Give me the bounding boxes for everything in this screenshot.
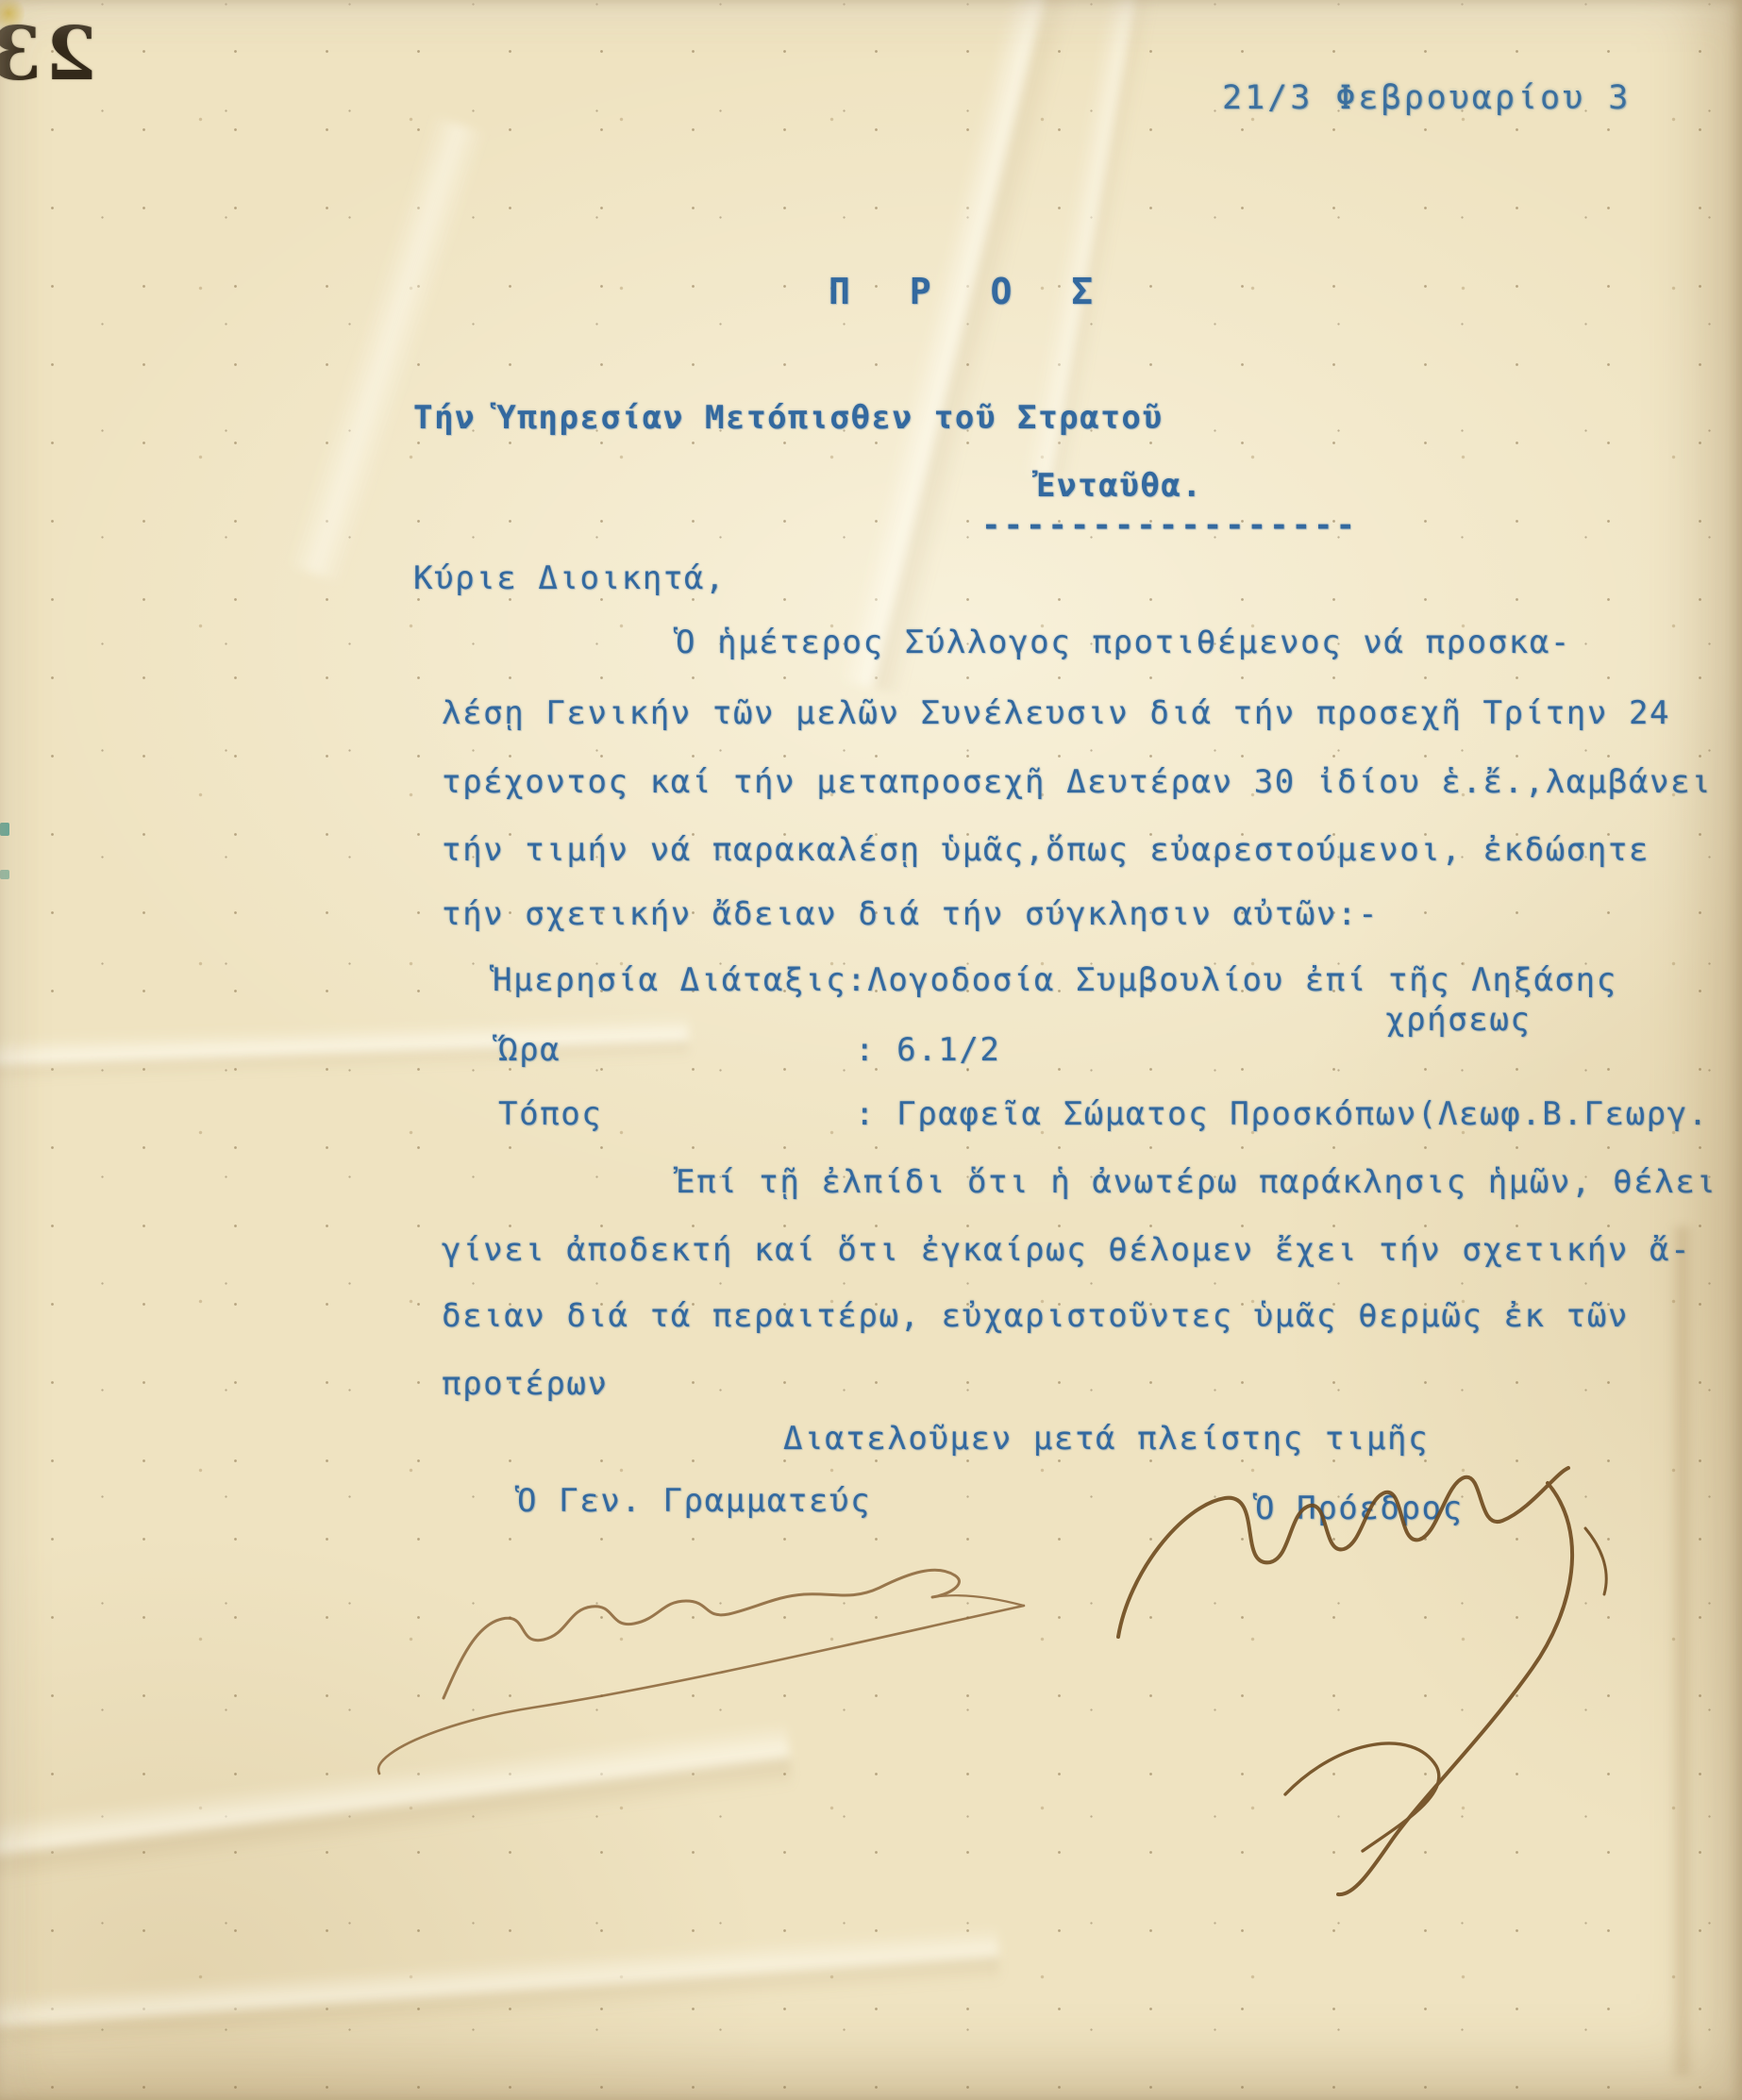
body-line: Ὁ ἡμέτερος Σύλλογος προτιθέμενος νά προσ… bbox=[676, 625, 1571, 661]
body-line: τήν τιμήν νά παρακαλέσῃ ὑμᾶς,ὅπως εὐαρεσ… bbox=[442, 832, 1650, 869]
edge-ink-mark bbox=[0, 870, 9, 879]
body-line: λέσῃ Γενικήν τῶν μελῶν Συνέλευσιν διά τή… bbox=[442, 695, 1670, 732]
edge-ink-mark bbox=[0, 823, 9, 836]
body-line: τρέχοντος καί τήν μεταπροσεχῆ Δευτέραν 3… bbox=[442, 764, 1712, 801]
scanned-letter-page: 23 21/3 Φεβρουαρίου 3 Π Ρ Ο Σ Τήν Ὑπηρεσ… bbox=[0, 0, 1742, 2100]
location-underline: ----------------- bbox=[981, 508, 1358, 544]
body-line: τήν σχετικήν ἄδειαν διά τήν σύγκλησιν αὐ… bbox=[442, 896, 1379, 933]
bleed-through-number: 23 bbox=[0, 11, 97, 97]
agenda-place-value: : Γραφεῖα Σώματος Προσκόπων(Λεωφ.Β.Γεωργ… bbox=[855, 1096, 1709, 1133]
body-line: δειαν διά τά περαιτέρω, εὐχαριστοῦντες ὑ… bbox=[442, 1298, 1629, 1335]
agenda-place-label: Τόπος bbox=[498, 1096, 602, 1133]
paper-crease bbox=[0, 1722, 794, 1891]
secretary-title: Ὁ Γεν. Γραμματεύς bbox=[517, 1483, 871, 1520]
paper-crease bbox=[0, 1926, 1001, 2056]
salutation-line: Κύριε Διοικητά, bbox=[413, 560, 726, 597]
agenda-time-value: : 6.1/2 bbox=[855, 1032, 1001, 1069]
agenda-time-label: Ὥρα bbox=[498, 1032, 561, 1069]
location-line: Ἐνταῦθα. bbox=[1036, 468, 1203, 505]
paper-crease bbox=[0, 1016, 690, 1084]
president-signature-ink bbox=[1118, 1468, 1606, 1894]
secretary-signature-ink bbox=[378, 1570, 1024, 1774]
paper-crease bbox=[839, 0, 1077, 695]
body-line: Ἐπί τῇ ἐλπίδι ὅτι ἡ ἀνωτέρω παράκλησις ἡ… bbox=[676, 1164, 1717, 1201]
recipient-line: Τήν Ὑπηρεσίαν Μετόπισθεν τοῦ Στρατοῦ bbox=[413, 400, 1164, 437]
president-title: Ὁ Πρόεδρος bbox=[1255, 1491, 1464, 1527]
closing-line: Διατελοῦμεν μετά πλείστης τιμῆς bbox=[783, 1421, 1429, 1458]
body-line: γίνει ἀποδεκτή καί ὅτι ἐγκαίρως θέλομεν … bbox=[442, 1232, 1691, 1269]
body-line: προτέρων bbox=[442, 1366, 609, 1403]
letter-heading-pros: Π Ρ Ο Σ bbox=[829, 272, 1112, 313]
agenda-continuation: χρήσεως bbox=[1385, 1002, 1532, 1039]
paper-crease bbox=[287, 116, 487, 582]
agenda-line: Ἡμερησία Διάταξις:Λογοδοσία Συμβουλίου ἐ… bbox=[493, 962, 1617, 999]
letter-date: 21/3 Φεβρουαρίου 3 bbox=[1222, 79, 1631, 117]
paper-crease bbox=[1670, 1226, 1695, 2075]
